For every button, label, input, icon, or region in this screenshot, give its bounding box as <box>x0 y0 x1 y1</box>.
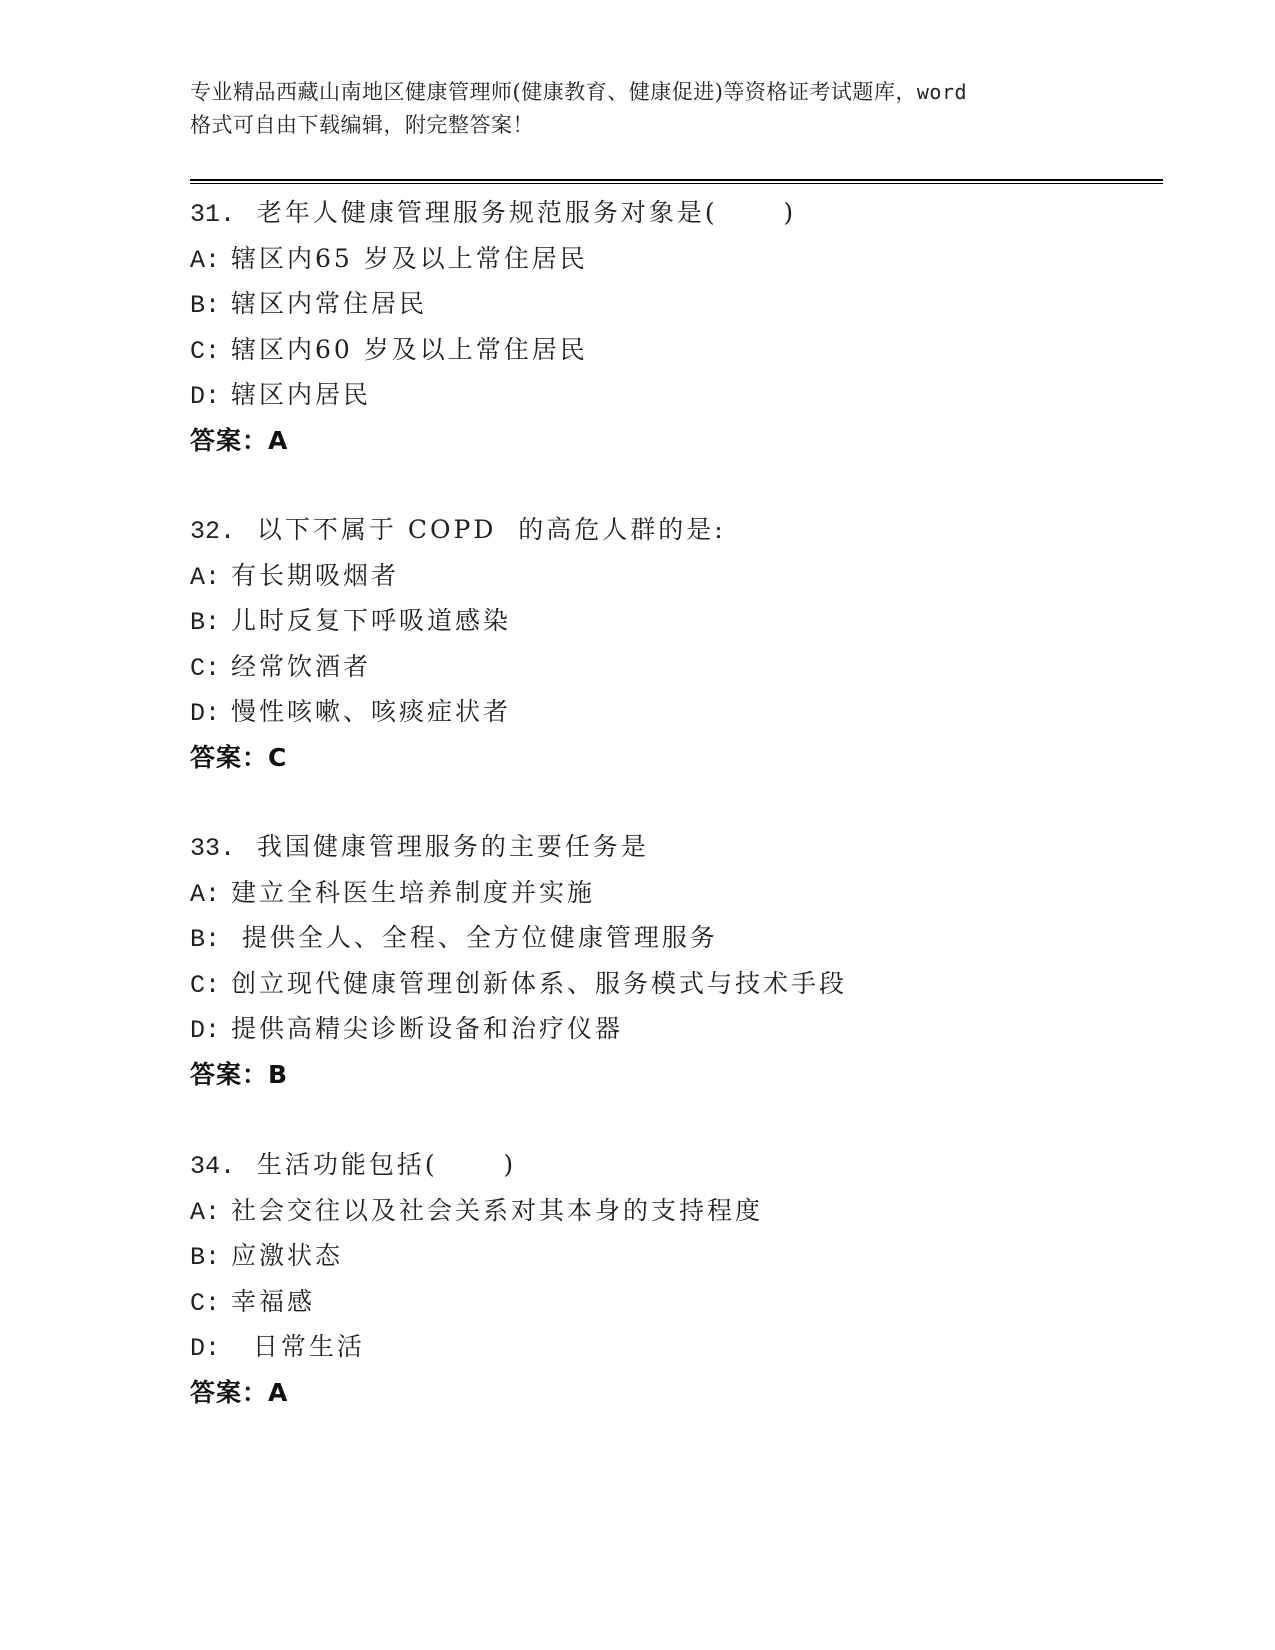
option-key: C: <box>190 337 220 366</box>
option-key: D: <box>190 382 220 411</box>
answer-label: 答案： <box>190 743 268 772</box>
option-text: 辖区内60 岁及以上常住居民 <box>231 335 588 364</box>
option-key: D: <box>190 1016 220 1045</box>
option-text: 辖区内常住居民 <box>231 289 427 318</box>
answer-value: C <box>268 743 287 772</box>
option-a: A: 有长期吸烟者 <box>190 553 1190 599</box>
option-d: D: 辖区内居民 <box>190 372 1190 418</box>
question-number: 31. <box>190 200 235 229</box>
option-text: 经常饮酒者 <box>231 652 371 681</box>
answer-line: 答案：C <box>190 735 1190 781</box>
question-number: 34. <box>190 1152 235 1181</box>
option-c: C: 幸福感 <box>190 1279 1190 1325</box>
question-number: 33. <box>190 834 235 863</box>
header-word-text: word <box>917 80 967 104</box>
option-key: D: <box>190 699 220 728</box>
option-key: B: <box>190 925 220 954</box>
option-text: 日常生活 <box>231 1332 365 1361</box>
option-key: A: <box>190 880 220 909</box>
option-text: 提供高精尖诊断设备和治疗仪器 <box>231 1014 623 1043</box>
option-key: B: <box>190 291 220 320</box>
option-text: 社会交往以及社会关系对其本身的支持程度 <box>231 1196 763 1225</box>
option-text: 儿时反复下呼吸道感染 <box>231 606 511 635</box>
header-line-2: 格式可自由下载编辑，附完整答案！ <box>190 109 1110 142</box>
option-c: C: 辖区内60 岁及以上常住居民 <box>190 327 1190 373</box>
header-text: 专业精品西藏山南地区健康管理师(健康教育、健康促进)等资格证考试题库， <box>190 80 917 104</box>
option-text: 幸福感 <box>231 1287 315 1316</box>
option-text: 慢性咳嗽、咳痰症状者 <box>231 697 511 726</box>
option-b: B: 应激状态 <box>190 1233 1190 1279</box>
option-a: A: 建立全科医生培养制度并实施 <box>190 870 1190 916</box>
option-key: A: <box>190 563 220 592</box>
option-c: C: 创立现代健康管理创新体系、服务模式与技术手段 <box>190 961 1190 1007</box>
option-text: 建立全科医生培养制度并实施 <box>231 878 595 907</box>
option-text: 辖区内居民 <box>231 380 371 409</box>
option-d: D: 日常生活 <box>190 1324 1190 1370</box>
option-key: A: <box>190 246 220 275</box>
question-text: 我国健康管理服务的主要任务是 <box>257 832 649 861</box>
question-stem: 34. 生活功能包括( ) <box>190 1142 1190 1188</box>
option-key: D: <box>190 1334 220 1363</box>
answer-line: 答案：A <box>190 418 1190 464</box>
option-d: D: 提供高精尖诊断设备和治疗仪器 <box>190 1006 1190 1052</box>
answer-label: 答案： <box>190 1060 268 1089</box>
question-32: 32. 以下不属于 COPD 的高危人群的是: A: 有长期吸烟者 B: 儿时反… <box>190 507 1190 781</box>
document-header: 专业精品西藏山南地区健康管理师(健康教育、健康促进)等资格证考试题库，word … <box>190 76 1110 142</box>
option-a: A: 社会交往以及社会关系对其本身的支持程度 <box>190 1188 1190 1234</box>
question-text: 生活功能包括( ) <box>257 1150 516 1179</box>
answer-value: A <box>268 1378 288 1407</box>
answer-value: B <box>268 1060 288 1089</box>
option-b: B: 儿时反复下呼吸道感染 <box>190 598 1190 644</box>
question-33: 33. 我国健康管理服务的主要任务是 A: 建立全科医生培养制度并实施 B: 提… <box>190 824 1190 1098</box>
answer-line: 答案：A <box>190 1370 1190 1416</box>
header-line-1: 专业精品西藏山南地区健康管理师(健康教育、健康促进)等资格证考试题库，word <box>190 76 1110 109</box>
answer-value: A <box>268 426 288 455</box>
option-key: B: <box>190 1243 220 1272</box>
option-text: 创立现代健康管理创新体系、服务模式与技术手段 <box>231 969 847 998</box>
question-31: 31. 老年人健康管理服务规范服务对象是( ) A: 辖区内65 岁及以上常住居… <box>190 190 1190 464</box>
option-c: C: 经常饮酒者 <box>190 644 1190 690</box>
question-stem: 31. 老年人健康管理服务规范服务对象是( ) <box>190 190 1190 236</box>
option-text: 有长期吸烟者 <box>231 561 399 590</box>
question-34: 34. 生活功能包括( ) A: 社会交往以及社会关系对其本身的支持程度 B: … <box>190 1142 1190 1416</box>
double-rule-divider <box>190 179 1163 184</box>
option-key: C: <box>190 654 220 683</box>
option-key: C: <box>190 971 220 1000</box>
option-text: 应激状态 <box>231 1241 343 1270</box>
option-d: D: 慢性咳嗽、咳痰症状者 <box>190 689 1190 735</box>
answer-label: 答案： <box>190 426 268 455</box>
question-stem: 32. 以下不属于 COPD 的高危人群的是: <box>190 507 1190 553</box>
answer-line: 答案：B <box>190 1052 1190 1098</box>
option-text: 辖区内65 岁及以上常住居民 <box>231 244 588 273</box>
option-key: A: <box>190 1198 220 1227</box>
document-page: 专业精品西藏山南地区健康管理师(健康教育、健康促进)等资格证考试题库，word … <box>0 0 1275 1650</box>
option-text: 提供全人、全程、全方位健康管理服务 <box>231 923 718 952</box>
option-a: A: 辖区内65 岁及以上常住居民 <box>190 236 1190 282</box>
question-text: 老年人健康管理服务规范服务对象是( ) <box>257 198 796 227</box>
question-stem: 33. 我国健康管理服务的主要任务是 <box>190 824 1190 870</box>
option-key: C: <box>190 1289 220 1318</box>
option-key: B: <box>190 608 220 637</box>
option-b: B: 辖区内常住居民 <box>190 281 1190 327</box>
option-b: B: 提供全人、全程、全方位健康管理服务 <box>190 915 1190 961</box>
question-number: 32. <box>190 517 235 546</box>
answer-label: 答案： <box>190 1378 268 1407</box>
question-text: 以下不属于 COPD 的高危人群的是: <box>257 515 726 544</box>
